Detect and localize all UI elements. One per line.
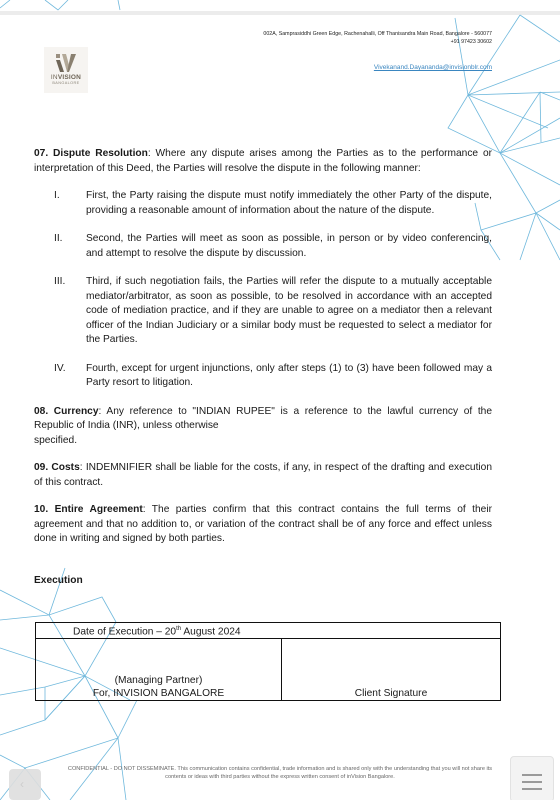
section-dispute-resolution: 07. Dispute Resolution: Where any disput… — [34, 147, 492, 176]
email-link[interactable]: Vivekanand.Dayananda@invisionblr.com — [374, 64, 492, 71]
logo-city: BANGALORE — [44, 81, 88, 86]
client-signature-label: Client Signature — [355, 688, 428, 699]
list-item: III.Third, if such negotiation fails, th… — [34, 275, 492, 348]
phone-number: +91 97423 30602 — [263, 38, 492, 46]
document-body: 07. Dispute Resolution: Where any disput… — [34, 147, 492, 560]
chevron-left-icon: ‹ — [20, 777, 24, 791]
address-line: 002A, Samprasiddhi Green Edge, Rachenaha… — [263, 30, 492, 38]
invision-logo: INVISION BANGALORE — [44, 47, 88, 93]
previous-page-button[interactable]: ‹ — [9, 769, 41, 800]
list-item: IV.Fourth, except for urgent injunctions… — [34, 362, 492, 391]
company-signature-cell: (Managing Partner) For, INVISION BANGALO… — [36, 639, 282, 701]
company-name-label: For, INVISION BANGALORE — [36, 688, 281, 701]
execution-signature-table: Date of Execution – 20th August 2024 (Ma… — [35, 622, 501, 701]
company-address-block: 002A, Samprasiddhi Green Edge, Rachenaha… — [263, 30, 492, 46]
list-item: II.Second, the Parties will meet as soon… — [34, 232, 492, 261]
logo-brand-name: INVISION — [44, 74, 88, 81]
page-separator — [0, 11, 560, 15]
list-item: I.First, the Party raising the dispute m… — [34, 189, 492, 218]
section-heading: 08. Currency — [34, 406, 99, 417]
logo-iv-mark-icon — [53, 51, 79, 73]
menu-button[interactable] — [510, 756, 554, 800]
managing-partner-label: (Managing Partner) — [36, 675, 281, 688]
section-currency: 08. Currency: Any reference to "INDIAN R… — [34, 405, 492, 449]
execution-heading: Execution — [34, 575, 83, 586]
section-heading: 10. Entire Agreement — [34, 504, 143, 515]
hamburger-menu-icon — [522, 774, 542, 776]
section-heading: 07. Dispute Resolution — [34, 148, 148, 159]
confidential-footer: CONFIDENTIAL - DO NOT DISSEMINATE. This … — [60, 765, 500, 781]
section-costs: 09. Costs: INDEMNIFIER shall be liable f… — [34, 461, 492, 490]
client-signature-cell: Client Signature — [282, 639, 501, 701]
date-of-execution: Date of Execution – 20th August 2024 — [36, 623, 501, 639]
dispute-steps-list: I.First, the Party raising the dispute m… — [34, 189, 492, 391]
section-entire-agreement: 10. Entire Agreement: The parties confir… — [34, 503, 492, 547]
previous-page-edge — [0, 0, 560, 11]
section-heading: 09. Costs — [34, 462, 80, 473]
